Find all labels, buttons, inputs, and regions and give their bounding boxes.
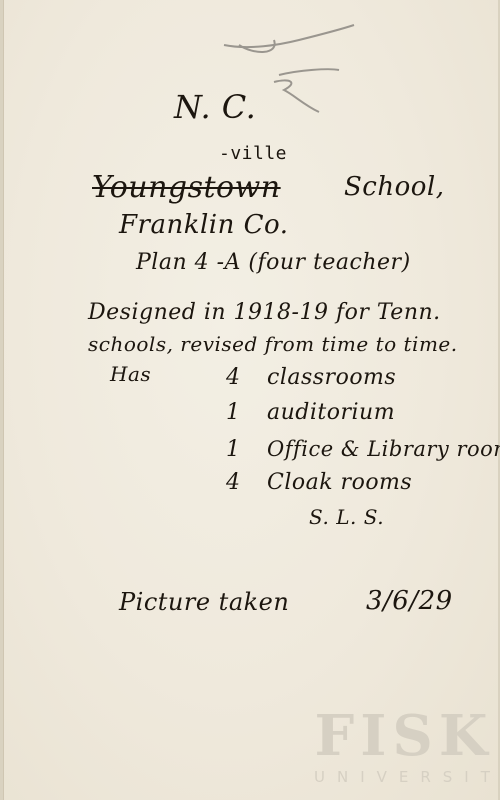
correction-insert: -ville <box>219 143 287 164</box>
description-line-1: Designed in 1918-19 for Tenn. <box>88 300 441 325</box>
school-name-struck: Youngstown <box>92 170 281 205</box>
state-label: N. C. <box>174 88 256 126</box>
room-label: classrooms <box>267 365 396 390</box>
room-label: auditorium <box>267 400 395 425</box>
room-count: 4 <box>226 470 241 495</box>
picture-date: 3/6/29 <box>366 586 453 616</box>
description-line-2: schools, revised from time to time. <box>88 332 458 356</box>
room-count: 1 <box>226 437 241 462</box>
has-label: Has <box>110 362 151 386</box>
watermark-main: FISK <box>304 706 500 766</box>
county-label: Franklin Co. <box>119 210 288 240</box>
room-label: Office & Library room <box>267 437 500 461</box>
picture-label: Picture taken <box>119 588 289 616</box>
fisk-university-watermark: FISK UNIVERSITY <box>304 706 500 786</box>
school-label: School, <box>344 172 445 202</box>
watermark-sub: UNIVERSITY <box>304 768 500 786</box>
index-card: N. C. -ville Youngstown School, Franklin… <box>3 0 498 800</box>
room-count: 1 <box>226 400 241 425</box>
room-label: Cloak rooms <box>267 470 412 495</box>
initials: S. L. S. <box>309 505 384 529</box>
room-count: 4 <box>226 365 241 390</box>
plan-label: Plan 4 -A (four teacher) <box>136 250 411 275</box>
